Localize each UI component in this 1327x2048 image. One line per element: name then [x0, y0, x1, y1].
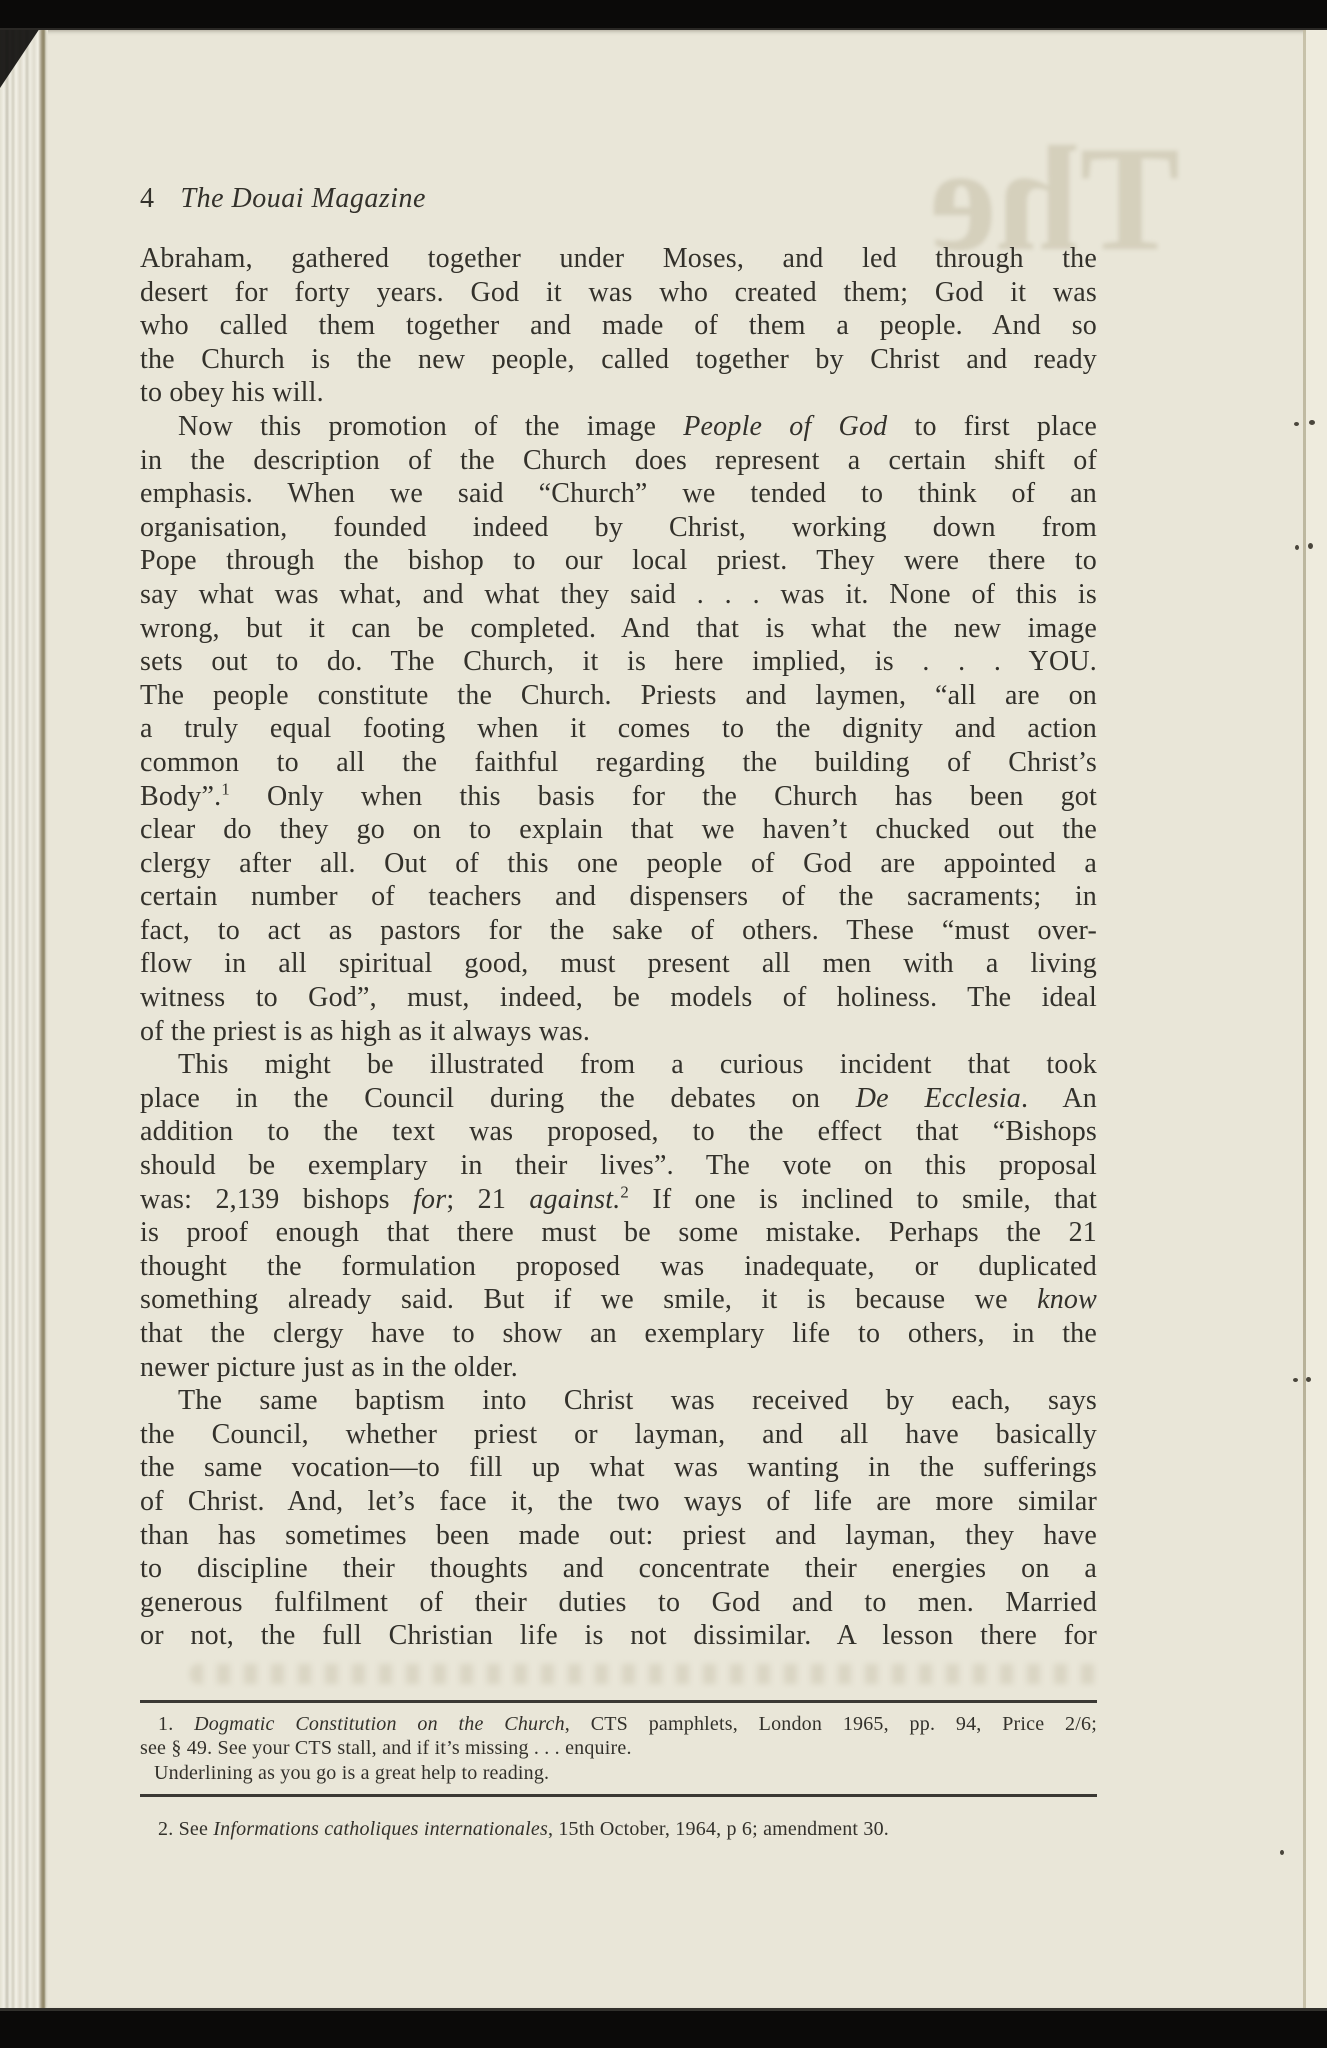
body-line: desert for forty years. God it was who c… — [140, 276, 1097, 310]
scan-speck — [1280, 1850, 1284, 1855]
body-line: something already said. But if we smile,… — [140, 1283, 1097, 1317]
body-line: clergy after all. Out of this one people… — [140, 847, 1097, 881]
body-line: to obey his will. — [140, 376, 1097, 410]
text-column: 4The Douai Magazine Abraham, gathered to… — [140, 182, 1097, 1842]
body-line: the Council, whether priest or layman, a… — [140, 1418, 1097, 1452]
body-line: in the description of the Church does re… — [140, 444, 1097, 478]
body-line: say what was what, and what they said . … — [140, 578, 1097, 612]
body-line: the Church is the new people, called tog… — [140, 343, 1097, 377]
footnote-line: Underlining as you go is a great help to… — [140, 1761, 1097, 1786]
body-line: emphasis. When we said “Church” we tende… — [140, 477, 1097, 511]
scanner-black-bar-top — [0, 0, 1327, 30]
body-line: should be exemplary in their lives”. The… — [140, 1149, 1097, 1183]
body-line: is proof enough that there must be some … — [140, 1216, 1097, 1250]
body-line: Pope through the bishop to our local pri… — [140, 544, 1097, 578]
body-line: or not, the full Christian life is not d… — [140, 1619, 1097, 1653]
scan-speck — [1293, 1378, 1298, 1382]
body-line: common to all the faithful regarding the… — [140, 746, 1097, 780]
book-page-edges — [0, 28, 48, 2008]
body-line: sets out to do. The Church, it is here i… — [140, 645, 1097, 679]
footnote-rule-2 — [140, 1794, 1097, 1797]
scanner-black-bar-bottom — [0, 2008, 1327, 2048]
scan-speck — [1295, 545, 1299, 550]
scan-speck — [1306, 1377, 1311, 1382]
scan-speck — [1309, 420, 1315, 425]
body-line: fact, to act as pastors for the sake of … — [140, 914, 1097, 948]
body-line: Now this promotion of the image People o… — [140, 410, 1097, 444]
body-line: addition to the text was proposed, to th… — [140, 1115, 1097, 1149]
body-line: was: 2,139 bishops for; 21 against.2 If … — [140, 1183, 1097, 1217]
body-line: The same baptism into Christ was receive… — [140, 1384, 1097, 1418]
book-scan: { "colors": { "page_background": "#e9e6d… — [0, 0, 1327, 2048]
body-line: to discipline their thoughts and concent… — [140, 1552, 1097, 1586]
body-line: witness to God”, must, indeed, be models… — [140, 981, 1097, 1015]
body-text: Abraham, gathered together under Moses, … — [140, 242, 1097, 1653]
footnote-line: 1. Dogmatic Constitution on the Church, … — [140, 1712, 1097, 1737]
footnote-1: 1. Dogmatic Constitution on the Church, … — [140, 1712, 1097, 1786]
body-line: wrong, but it can be completed. And that… — [140, 612, 1097, 646]
body-line: thought the formulation proposed was ina… — [140, 1250, 1097, 1284]
body-line: who called them together and made of the… — [140, 309, 1097, 343]
magazine-title: The Douai Magazine — [181, 183, 426, 214]
footnote-2: 2. See Informations catholiques internat… — [140, 1817, 1097, 1842]
body-line: This might be illustrated from a curious… — [140, 1048, 1097, 1082]
adjacent-page-edge — [1306, 28, 1327, 2008]
body-line: Body”.1 Only when this basis for the Chu… — [140, 780, 1097, 814]
magazine-page: The 4The Douai Magazine Abraham, gathere… — [0, 28, 1327, 2008]
body-line: clear do they go on to explain that we h… — [140, 813, 1097, 847]
body-line: a truly equal footing when it comes to t… — [140, 712, 1097, 746]
body-line: flow in all spiritual good, must present… — [140, 947, 1097, 981]
body-line: of Christ. And, let’s face it, the two w… — [140, 1485, 1097, 1519]
footnote-line: 2. See Informations catholiques internat… — [140, 1817, 1097, 1842]
body-line: certain number of teachers and dispenser… — [140, 880, 1097, 914]
body-line: Abraham, gathered together under Moses, … — [140, 242, 1097, 276]
page-number: 4 — [140, 183, 155, 214]
body-line: The people constitute the Church. Priest… — [140, 679, 1097, 713]
body-line: newer picture just as in the older. — [140, 1351, 1097, 1385]
body-line: the same vocation—to fill up what was wa… — [140, 1451, 1097, 1485]
footnote-rule-1 — [140, 1700, 1097, 1703]
footnote-line: see § 49. See your CTS stall, and if it’… — [140, 1736, 1097, 1761]
body-line: that the clergy have to show an exemplar… — [140, 1317, 1097, 1351]
scan-speck — [1294, 422, 1299, 426]
body-line: of the priest is as high as it always wa… — [140, 1015, 1097, 1049]
body-line: generous fulfilment of their duties to G… — [140, 1586, 1097, 1620]
body-line: organisation, founded indeed by Christ, … — [140, 511, 1097, 545]
page-header: 4The Douai Magazine — [140, 182, 1097, 216]
body-line: than has sometimes been made out: priest… — [140, 1519, 1097, 1553]
scan-speck — [1308, 543, 1313, 549]
body-line: place in the Council during the debates … — [140, 1082, 1097, 1116]
scan-corner-shadow — [0, 28, 40, 88]
